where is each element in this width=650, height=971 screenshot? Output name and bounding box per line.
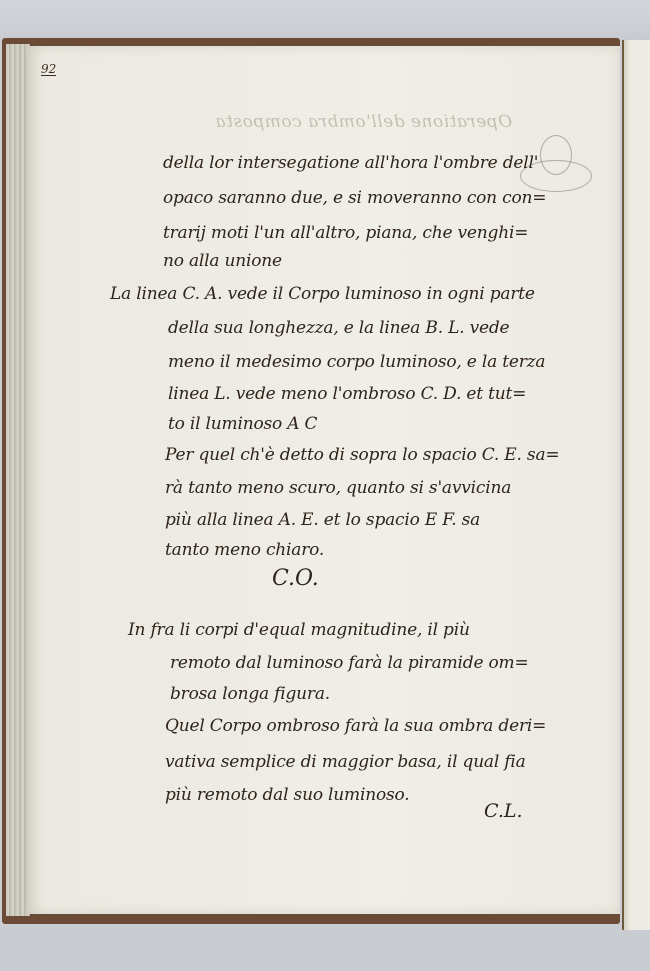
text-line: no alla unione [163,251,282,271]
page-number: 92 [41,63,56,76]
text-line: linea L. vede meno l'ombroso C. D. et tu… [168,384,526,404]
text-line: Per quel ch'è detto di sopra lo spacio C… [165,445,559,465]
facing-page-edge [622,40,650,930]
text-line: In fra li corpi d'equal magnitudine, il … [128,620,470,640]
text-line: della sua longhezza, e la linea B. L. ve… [168,318,509,338]
text-line: opaco saranno due, e si moveranno con co… [163,188,546,208]
text-line: meno il medesimo corpo luminoso, e la te… [168,352,545,372]
section-mark: C.L. [484,800,523,822]
text-line: della lor intersegatione all'hora l'ombr… [163,153,538,173]
text-line: Quel Corpo ombroso farà la sua ombra der… [165,716,546,736]
text-line: La linea C. A. vede il Corpo luminoso in… [110,284,535,304]
background [0,0,650,40]
text-line: più remoto dal suo luminoso. [165,785,409,805]
text-line: più alla linea A. E. et lo spacio E F. s… [165,510,480,530]
bleed-through-heading: Operatione dell'ombra composta [215,112,512,132]
text-line: trarij moti l'un all'altro, piana, che v… [163,223,528,243]
text-line: to il luminoso A C [168,414,317,434]
text-line: rà tanto meno scuro, quanto si s'avvicin… [165,478,511,498]
text-line: tanto meno chiaro. [165,540,324,560]
page-edges [6,44,30,916]
text-line: brosa longa figura. [170,684,330,704]
text-line: vativa semplice di maggior basa, il qual… [165,752,526,772]
text-line: remoto dal luminoso farà la piramide om= [170,653,529,673]
bleed-through-stroke [540,135,572,175]
section-mark: C.O. [272,566,319,591]
